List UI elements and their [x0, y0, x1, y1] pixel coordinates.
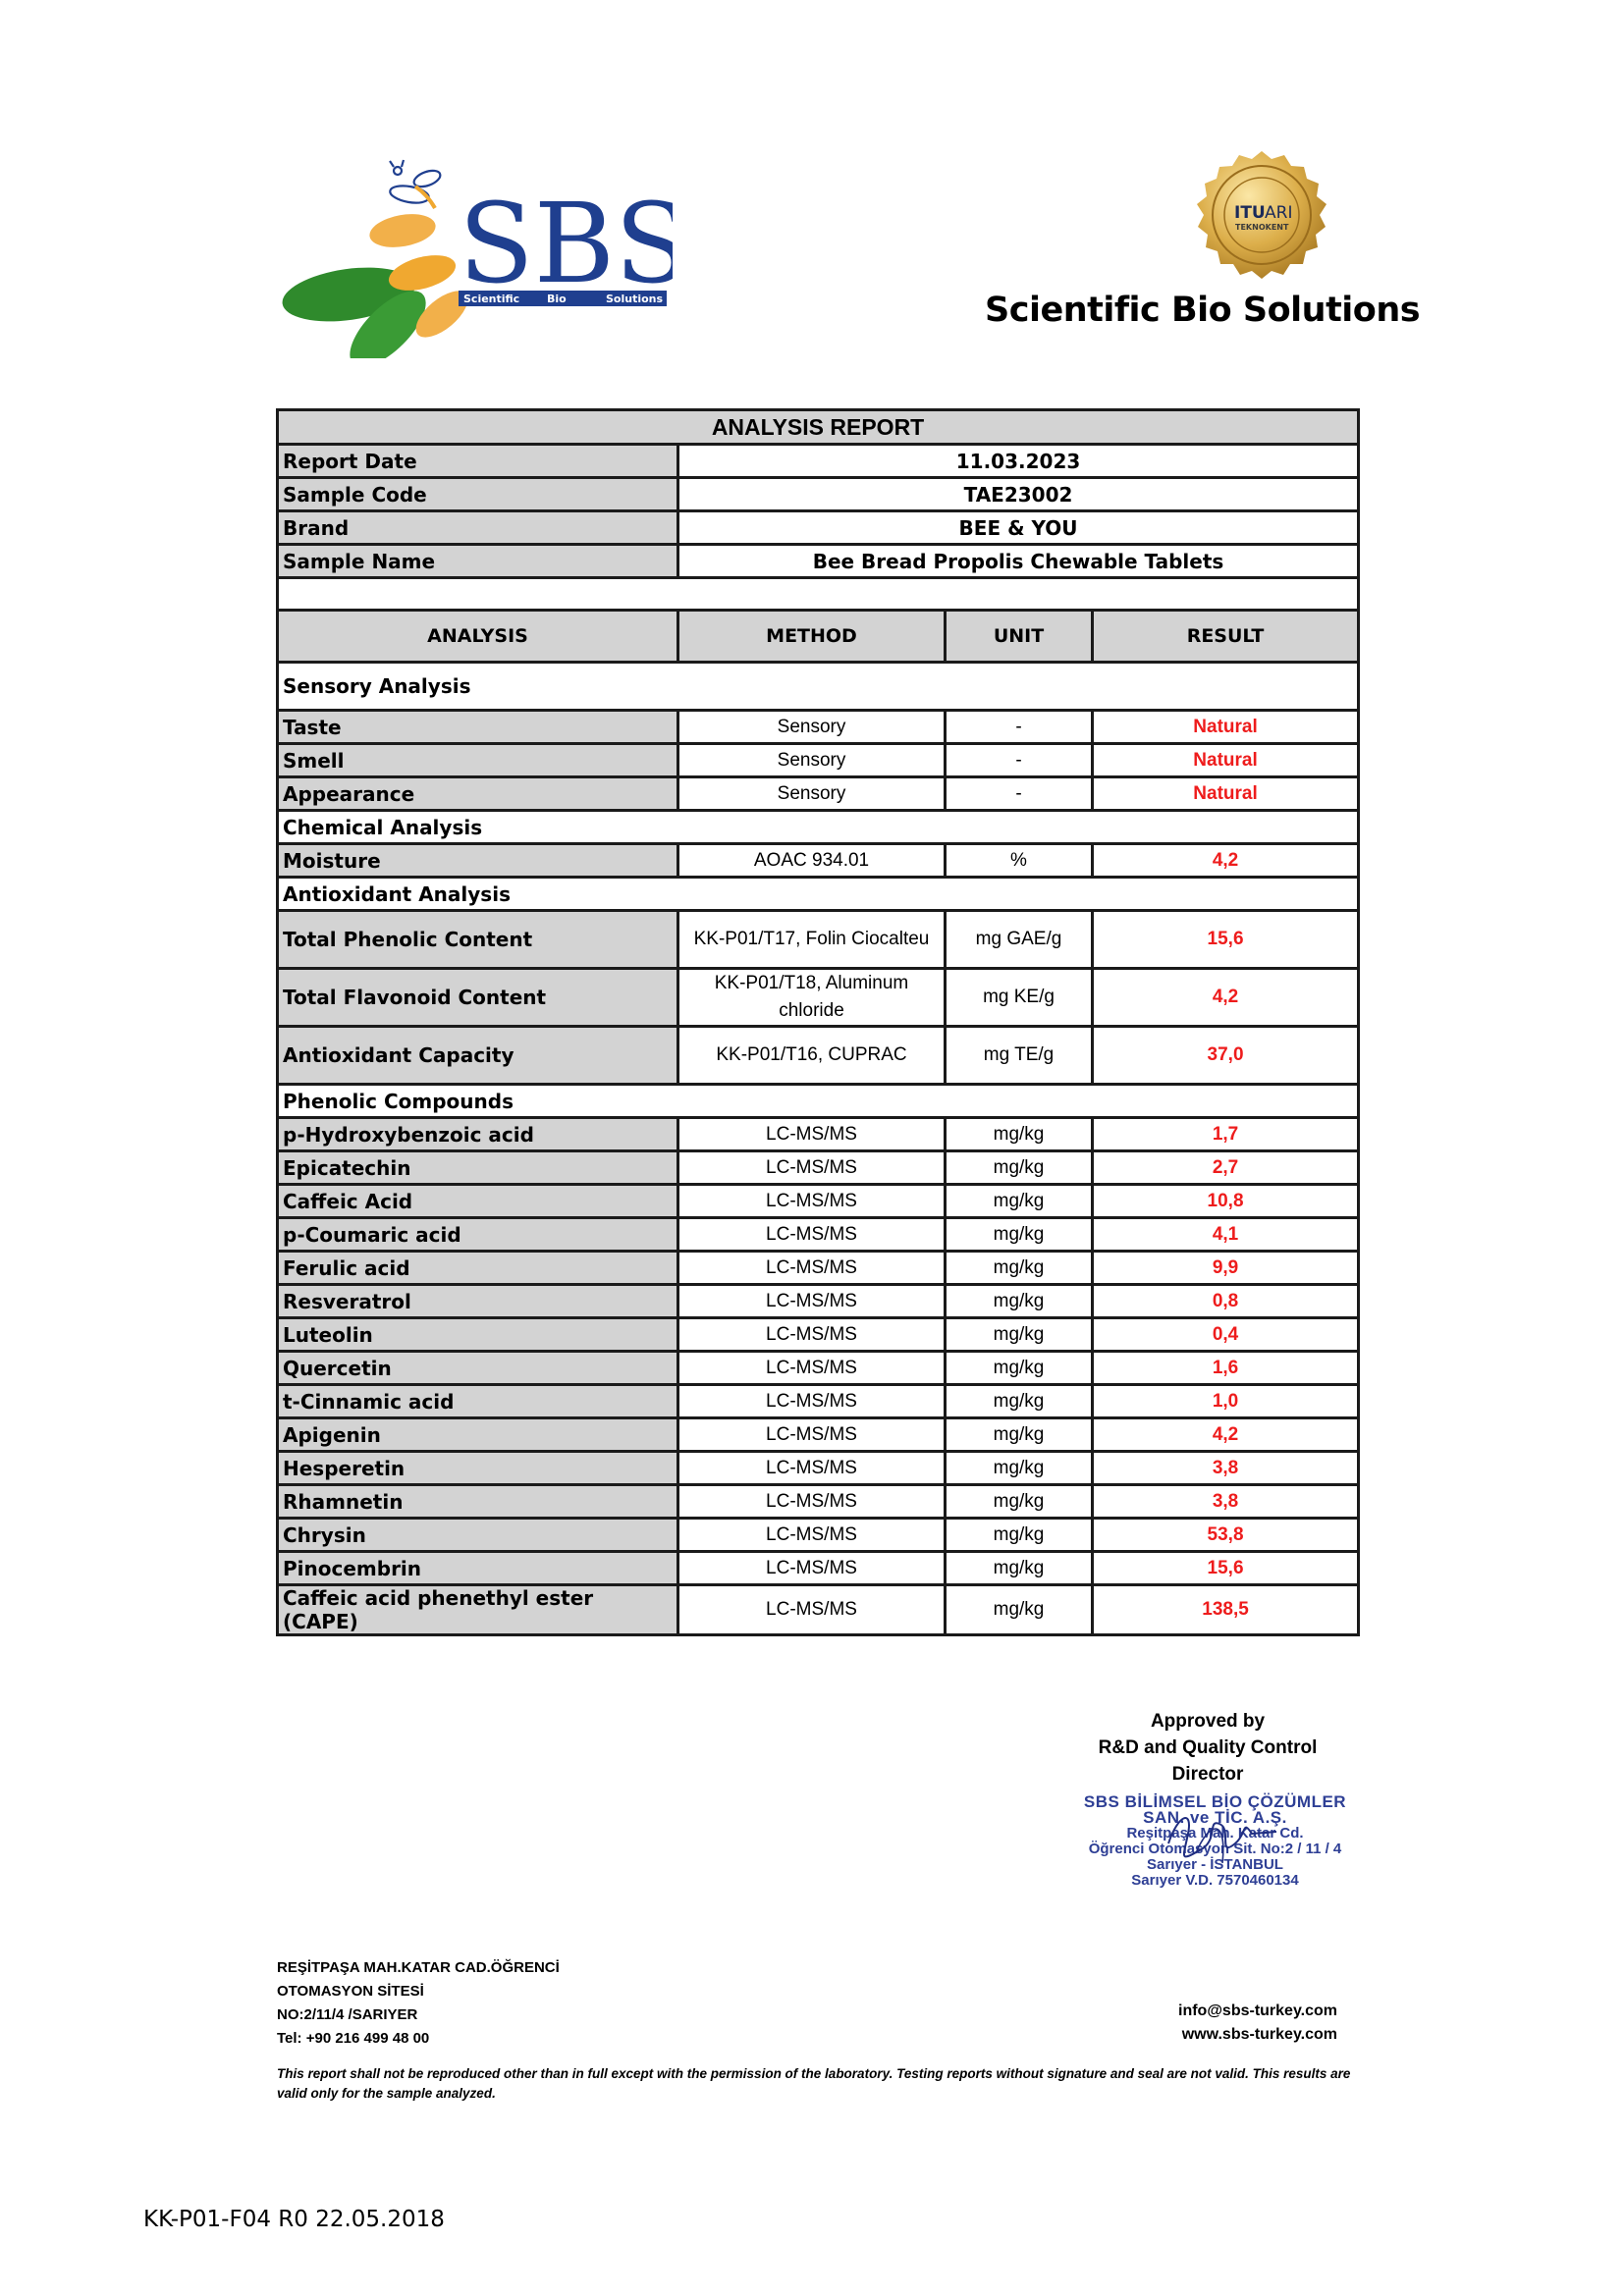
method-cell: Sensory	[678, 744, 946, 777]
info-row-brand: Brand BEE & YOU	[278, 511, 1359, 545]
info-value: BEE & YOU	[678, 511, 1359, 545]
svg-text:ARI: ARI	[1265, 203, 1292, 223]
table-row: ChrysinLC-MS/MSmg/kg53,8	[278, 1519, 1359, 1552]
info-label: Sample Name	[278, 545, 678, 578]
unit-cell: mg GAE/g	[946, 911, 1093, 969]
method-cell: LC-MS/MS	[678, 1318, 946, 1352]
info-row-sample-name: Sample Name Bee Bread Propolis Chewable …	[278, 545, 1359, 578]
table-row: Total Flavonoid ContentKK-P01/T18, Alumi…	[278, 969, 1359, 1027]
disclaimer-text: This report shall not be reproduced othe…	[277, 2064, 1357, 2104]
website-link[interactable]: www.sbs-turkey.com	[1110, 2023, 1337, 2047]
analysis-report-table: ANALYSIS REPORT Report Date 11.03.2023 S…	[276, 408, 1360, 1636]
table-row: TasteSensory-Natural	[278, 711, 1359, 744]
table-row: PinocembrinLC-MS/MSmg/kg15,6	[278, 1552, 1359, 1585]
email-link[interactable]: info@sbs-turkey.com	[1110, 2000, 1337, 2023]
table-row: LuteolinLC-MS/MSmg/kg0,4	[278, 1318, 1359, 1352]
company-address: REŞİTPAŞA MAH.KATAR CAD.ÖĞRENCİ OTOMASYO…	[277, 1956, 560, 2051]
info-value: TAE23002	[678, 478, 1359, 511]
analysis-cell: Luteolin	[278, 1318, 678, 1352]
approval-line: Director	[1070, 1761, 1345, 1788]
unit-cell: mg/kg	[946, 1252, 1093, 1285]
result-cell: 53,8	[1093, 1519, 1359, 1552]
column-header-unit: UNIT	[946, 611, 1093, 663]
approval-block: Approved by R&D and Quality Control Dire…	[1070, 1708, 1345, 1788]
column-header-analysis: ANALYSIS	[278, 611, 678, 663]
ituari-teknokent-seal-icon: ITU ARI TEKNOKENT	[1183, 147, 1340, 294]
phone-number: Tel: +90 216 499 48 00	[277, 2027, 560, 2051]
analysis-cell: Chrysin	[278, 1519, 678, 1552]
method-cell: LC-MS/MS	[678, 1185, 946, 1218]
analysis-cell: Total Phenolic Content	[278, 911, 678, 969]
result-cell: 1,6	[1093, 1352, 1359, 1385]
unit-cell: mg/kg	[946, 1352, 1093, 1385]
method-cell: LC-MS/MS	[678, 1452, 946, 1485]
svg-text:Bio: Bio	[547, 293, 567, 305]
method-cell: LC-MS/MS	[678, 1519, 946, 1552]
analysis-cell: Caffeic Acid	[278, 1185, 678, 1218]
column-header-result: RESULT	[1093, 611, 1359, 663]
method-cell: Sensory	[678, 711, 946, 744]
unit-cell: mg/kg	[946, 1385, 1093, 1418]
svg-text:ITU: ITU	[1234, 203, 1266, 223]
result-cell: Natural	[1093, 777, 1359, 811]
result-cell: 0,8	[1093, 1285, 1359, 1318]
column-header-row: ANALYSIS METHOD UNIT RESULT	[278, 611, 1359, 663]
spacer-row	[278, 578, 1359, 611]
method-cell: Sensory	[678, 777, 946, 811]
table-row: AppearanceSensory-Natural	[278, 777, 1359, 811]
section-row: Chemical Analysis	[278, 811, 1359, 844]
analysis-cell: Epicatechin	[278, 1151, 678, 1185]
method-cell: LC-MS/MS	[678, 1418, 946, 1452]
column-header-method: METHOD	[678, 611, 946, 663]
analysis-cell: p-Hydroxybenzoic acid	[278, 1118, 678, 1151]
result-cell: 4,2	[1093, 969, 1359, 1027]
method-cell: LC-MS/MS	[678, 1485, 946, 1519]
method-cell: KK-P01/T17, Folin Ciocalteu	[678, 911, 946, 969]
svg-text:TEKNOKENT: TEKNOKENT	[1235, 223, 1289, 232]
analysis-cell: t-Cinnamic acid	[278, 1385, 678, 1418]
svg-text:SBS: SBS	[459, 181, 673, 308]
table-row: t-Cinnamic acidLC-MS/MSmg/kg1,0	[278, 1385, 1359, 1418]
method-cell: LC-MS/MS	[678, 1285, 946, 1318]
unit-cell: mg/kg	[946, 1218, 1093, 1252]
report-title-row: ANALYSIS REPORT	[278, 410, 1359, 445]
result-cell: 2,7	[1093, 1151, 1359, 1185]
analysis-cell: Total Flavonoid Content	[278, 969, 678, 1027]
table-row: HesperetinLC-MS/MSmg/kg3,8	[278, 1452, 1359, 1485]
method-cell: LC-MS/MS	[678, 1385, 946, 1418]
approval-line: R&D and Quality Control	[1070, 1735, 1345, 1761]
method-cell: KK-P01/T16, CUPRAC	[678, 1027, 946, 1085]
unit-cell: mg/kg	[946, 1118, 1093, 1151]
unit-cell: mg/kg	[946, 1151, 1093, 1185]
table-row: RhamnetinLC-MS/MSmg/kg3,8	[278, 1485, 1359, 1519]
result-cell: 4,2	[1093, 1418, 1359, 1452]
address-line: REŞİTPAŞA MAH.KATAR CAD.ÖĞRENCİ	[277, 1956, 560, 1980]
table-row: Antioxidant CapacityKK-P01/T16, CUPRACmg…	[278, 1027, 1359, 1085]
result-cell: 15,6	[1093, 1552, 1359, 1585]
analysis-cell: Pinocembrin	[278, 1552, 678, 1585]
result-cell: Natural	[1093, 744, 1359, 777]
analysis-cell: Antioxidant Capacity	[278, 1027, 678, 1085]
table-row: Ferulic acidLC-MS/MSmg/kg9,9	[278, 1252, 1359, 1285]
section-row: Phenolic Compounds	[278, 1085, 1359, 1118]
result-cell: 0,4	[1093, 1318, 1359, 1352]
info-label: Report Date	[278, 445, 678, 478]
result-cell: 9,9	[1093, 1252, 1359, 1285]
unit-cell: %	[946, 844, 1093, 878]
result-cell: 37,0	[1093, 1027, 1359, 1085]
result-cell: 3,8	[1093, 1452, 1359, 1485]
stamp-line: Sarıyer V.D. 7570460134	[1075, 1873, 1355, 1889]
table-row: ResveratrolLC-MS/MSmg/kg0,8	[278, 1285, 1359, 1318]
method-cell: LC-MS/MS	[678, 1118, 946, 1151]
section-row: Sensory Analysis	[278, 663, 1359, 711]
table-row: p-Coumaric acidLC-MS/MSmg/kg4,1	[278, 1218, 1359, 1252]
company-title: Scientific Bio Solutions	[985, 291, 1420, 330]
result-cell: 138,5	[1093, 1585, 1359, 1635]
unit-cell: -	[946, 711, 1093, 744]
method-cell: LC-MS/MS	[678, 1585, 946, 1635]
unit-cell: mg/kg	[946, 1585, 1093, 1635]
result-cell: 3,8	[1093, 1485, 1359, 1519]
unit-cell: -	[946, 777, 1093, 811]
result-cell: 4,1	[1093, 1218, 1359, 1252]
contact-block: info@sbs-turkey.com www.sbs-turkey.com	[1110, 2000, 1337, 2047]
section-title: Antioxidant Analysis	[278, 878, 1359, 911]
section-row: Antioxidant Analysis	[278, 878, 1359, 911]
table-row: Caffeic AcidLC-MS/MSmg/kg10,8	[278, 1185, 1359, 1218]
svg-text:Scientific: Scientific	[463, 293, 519, 305]
analysis-cell: p-Coumaric acid	[278, 1218, 678, 1252]
analysis-cell: Taste	[278, 711, 678, 744]
address-line: OTOMASYON SİTESİ	[277, 1980, 560, 2003]
analysis-cell: Ferulic acid	[278, 1252, 678, 1285]
info-value: 11.03.2023	[678, 445, 1359, 478]
section-title: Sensory Analysis	[278, 663, 1359, 711]
analysis-cell: Resveratrol	[278, 1285, 678, 1318]
section-title: Chemical Analysis	[278, 811, 1359, 844]
table-row: Caffeic acid phenethyl ester (CAPE)LC-MS…	[278, 1585, 1359, 1635]
info-label: Brand	[278, 511, 678, 545]
table-row: SmellSensory-Natural	[278, 744, 1359, 777]
method-cell: LC-MS/MS	[678, 1352, 946, 1385]
analysis-cell: Quercetin	[278, 1352, 678, 1385]
info-value: Bee Bread Propolis Chewable Tablets	[678, 545, 1359, 578]
result-cell: 1,0	[1093, 1385, 1359, 1418]
analysis-cell: Moisture	[278, 844, 678, 878]
method-cell: LC-MS/MS	[678, 1218, 946, 1252]
info-label: Sample Code	[278, 478, 678, 511]
unit-cell: mg TE/g	[946, 1027, 1093, 1085]
result-cell: Natural	[1093, 711, 1359, 744]
form-code: KK-P01-F04 R0 22.05.2018	[143, 2207, 445, 2232]
method-cell: KK-P01/T18, Aluminum chloride	[678, 969, 946, 1027]
result-cell: 15,6	[1093, 911, 1359, 969]
unit-cell: mg/kg	[946, 1185, 1093, 1218]
method-cell: LC-MS/MS	[678, 1552, 946, 1585]
info-row-report-date: Report Date 11.03.2023	[278, 445, 1359, 478]
method-cell: AOAC 934.01	[678, 844, 946, 878]
unit-cell: mg/kg	[946, 1519, 1093, 1552]
unit-cell: -	[946, 744, 1093, 777]
unit-cell: mg/kg	[946, 1485, 1093, 1519]
address-line: NO:2/11/4 /SARIYER	[277, 2003, 560, 2027]
method-cell: LC-MS/MS	[678, 1151, 946, 1185]
table-row: Total Phenolic ContentKK-P01/T17, Folin …	[278, 911, 1359, 969]
result-cell: 1,7	[1093, 1118, 1359, 1151]
analysis-cell: Smell	[278, 744, 678, 777]
svg-text:Solutions: Solutions	[606, 293, 663, 305]
method-cell: LC-MS/MS	[678, 1252, 946, 1285]
result-cell: 4,2	[1093, 844, 1359, 878]
result-cell: 10,8	[1093, 1185, 1359, 1218]
analysis-cell: Apigenin	[278, 1418, 678, 1452]
table-row: MoistureAOAC 934.01%4,2	[278, 844, 1359, 878]
analysis-cell: Hesperetin	[278, 1452, 678, 1485]
spacer-cell	[278, 578, 1359, 611]
report-title: ANALYSIS REPORT	[278, 410, 1359, 445]
unit-cell: mg/kg	[946, 1452, 1093, 1485]
analysis-cell: Caffeic acid phenethyl ester (CAPE)	[278, 1585, 678, 1635]
unit-cell: mg/kg	[946, 1552, 1093, 1585]
section-title: Phenolic Compounds	[278, 1085, 1359, 1118]
unit-cell: mg/kg	[946, 1285, 1093, 1318]
info-row-sample-code: Sample Code TAE23002	[278, 478, 1359, 511]
analysis-cell: Rhamnetin	[278, 1485, 678, 1519]
analysis-cell: Appearance	[278, 777, 678, 811]
unit-cell: mg KE/g	[946, 969, 1093, 1027]
table-row: ApigeninLC-MS/MSmg/kg4,2	[278, 1418, 1359, 1452]
unit-cell: mg/kg	[946, 1318, 1093, 1352]
unit-cell: mg/kg	[946, 1418, 1093, 1452]
signature-icon	[1149, 1804, 1286, 1873]
sbs-logo-icon: SBS Scientific Bio Solutions	[280, 157, 673, 358]
table-row: EpicatechinLC-MS/MSmg/kg2,7	[278, 1151, 1359, 1185]
table-row: p-Hydroxybenzoic acidLC-MS/MSmg/kg1,7	[278, 1118, 1359, 1151]
table-row: QuercetinLC-MS/MSmg/kg1,6	[278, 1352, 1359, 1385]
approval-line: Approved by	[1070, 1708, 1345, 1735]
